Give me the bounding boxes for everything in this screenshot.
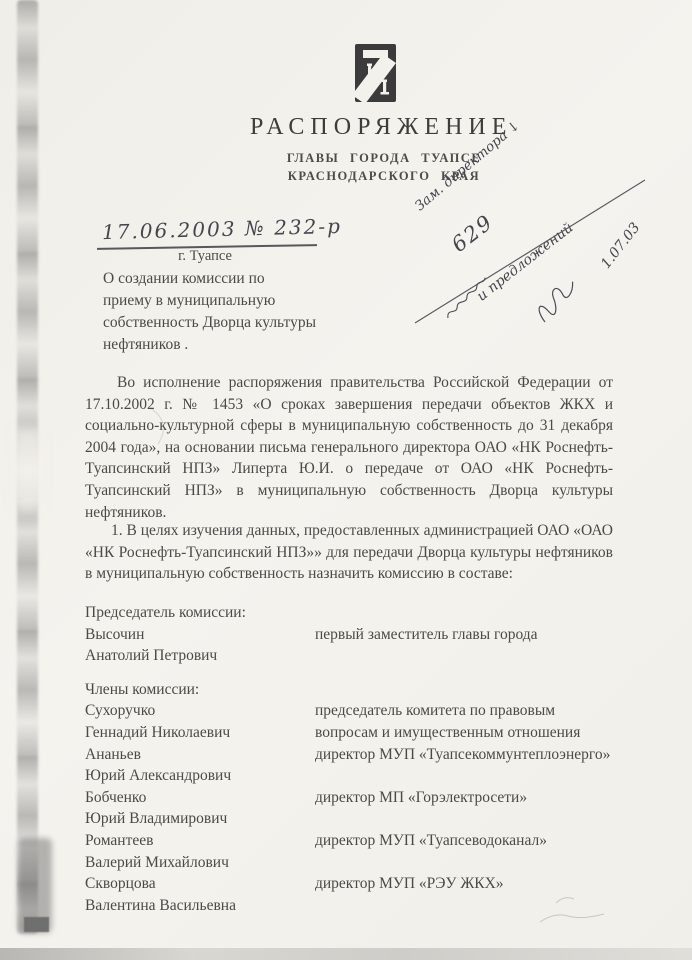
- member-name: Бобченко Юрий Владимирович: [85, 787, 315, 830]
- member-position: директор МУП «Туапсеводоканал»: [315, 830, 620, 873]
- committee-row: Скворцова Валентина Васильевна директор …: [85, 873, 620, 916]
- committee-row: Романтеев Валерий Михайлович директор МУ…: [85, 830, 620, 873]
- handwritten-date-number: 17.06.2003 № 232-р: [102, 214, 342, 244]
- member-name: Романтеев Валерий Михайлович: [85, 830, 315, 873]
- member-position: председатель комитета по правовым вопрос…: [315, 700, 620, 743]
- handwritten-number: 629: [447, 210, 498, 257]
- committee-row: Бобченко Юрий Владимирович директор МП «…: [85, 787, 620, 830]
- committee-list: Председатель комиссии: Высочин Анатолий …: [85, 602, 620, 916]
- chair-label: Председатель комиссии:: [85, 602, 620, 624]
- member-name: Ананьев Юрий Александрович: [85, 744, 315, 787]
- member-position: директор МП «Горэлектросети»: [315, 787, 620, 830]
- subject-block: О создании комиссии по приему в муниципа…: [103, 268, 316, 356]
- member-position: первый заместитель главы города: [315, 624, 620, 667]
- member-position: директор МУП «Туапсекоммунтеплоэнерго»: [315, 744, 620, 787]
- scan-ink-block: [24, 917, 49, 932]
- members-label: Члены комиссии:: [85, 679, 620, 701]
- place-label: г. Туапсе: [145, 248, 265, 265]
- committee-row-chair: Высочин Анатолий Петрович первый замести…: [85, 624, 620, 667]
- member-position: директор МУП «РЭУ ЖКХ»: [315, 873, 620, 916]
- scan-bottom-edge: [0, 948, 692, 960]
- scan-smudge-fade: [13, 428, 43, 513]
- committee-row: Ананьев Юрий Александрович директор МУП …: [85, 744, 620, 787]
- city-emblem-icon: [355, 44, 396, 102]
- document-title: РАСПОРЯЖЕНИЕ: [250, 114, 512, 141]
- member-name: Высочин Анатолий Петрович: [85, 624, 315, 667]
- committee-row: Сухоручко Геннадий Николаевич председате…: [85, 700, 620, 743]
- document-page: РАСПОРЯЖЕНИЕ ГЛАВЫ ГОРОДА ТУАПСЕ КРАСНОД…: [0, 0, 692, 960]
- body-paragraph-item-1: 1. В целях изучения данных, предоставлен…: [85, 520, 613, 585]
- body-paragraph-preamble: Во исполнение распоряжения правительства…: [85, 372, 613, 523]
- member-name: Сухоручко Геннадий Николаевич: [85, 700, 315, 743]
- handwritten-resolution-date: 1.07.03: [598, 220, 644, 272]
- member-name: Скворцова Валентина Васильевна: [85, 873, 315, 916]
- signature-scribble: [533, 276, 579, 322]
